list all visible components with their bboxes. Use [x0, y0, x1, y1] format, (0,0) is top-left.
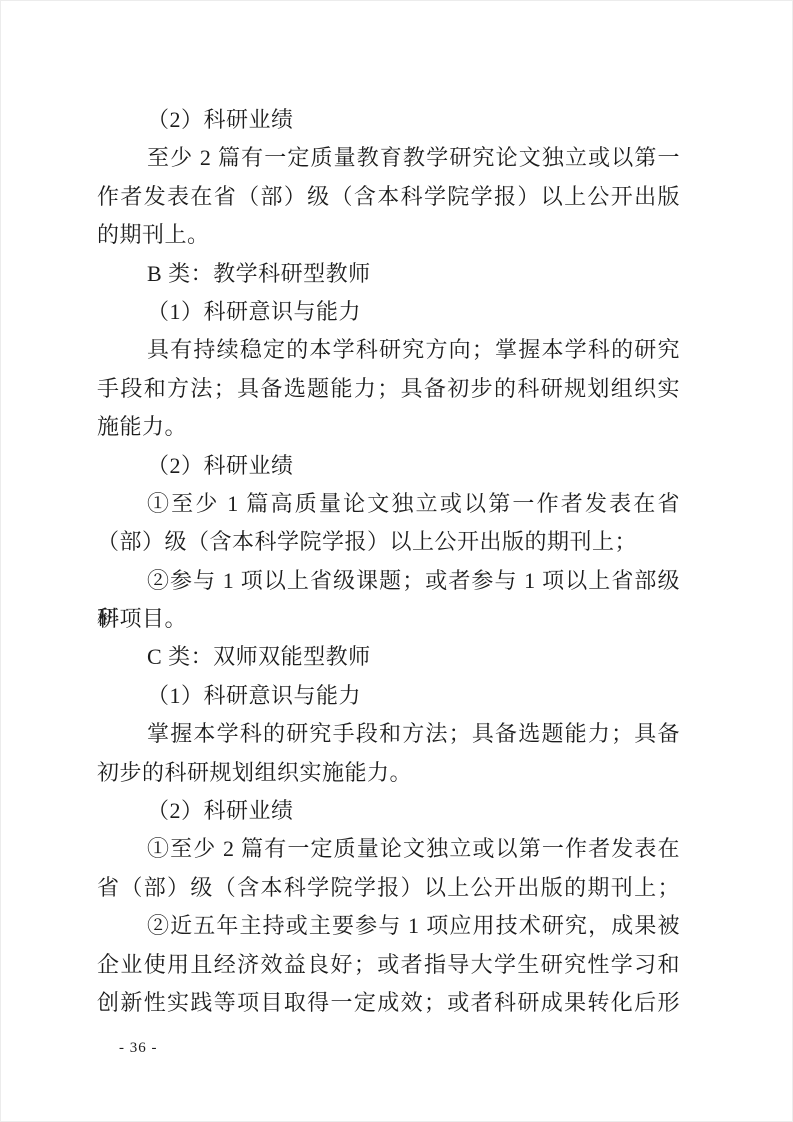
- text-line: ②近五年主持或主要参与 1 项应用技术研究，成果被: [97, 907, 680, 945]
- text-line: 掌握本学科的研究手段和方法；具备选题能力；具备: [97, 715, 680, 753]
- text-line: 研项目。: [97, 600, 680, 638]
- text-line: （部）级（含本科学院学报）以上公开出版的期刊上；: [97, 523, 680, 561]
- text-line: 省（部）级（含本科学院学报）以上公开出版的期刊上；: [97, 869, 680, 907]
- text-line: （1）科研意识与能力: [97, 293, 680, 331]
- text-line: 创新性实践等项目取得一定成效；或者科研成果转化后形: [97, 984, 680, 1022]
- text-line: 施能力。: [97, 408, 680, 446]
- text-line: （2）科研业绩: [97, 101, 680, 139]
- text-line: （2）科研业绩: [97, 792, 680, 830]
- text-line: 至少 2 篇有一定质量教育教学研究论文独立或以第一: [97, 139, 680, 177]
- text-line: （1）科研意识与能力: [97, 677, 680, 715]
- text-line: 手段和方法；具备选题能力；具备初步的科研规划组织实: [97, 370, 680, 408]
- text-line: ②参与 1 项以上省级课题；或者参与 1 项以上省部级科: [97, 562, 680, 600]
- text-line: 作者发表在省（部）级（含本科学院学报）以上公开出版: [97, 178, 680, 216]
- text-line: 企业使用且经济效益良好；或者指导大学生研究性学习和: [97, 946, 680, 984]
- text-line: ①至少 2 篇有一定质量论文独立或以第一作者发表在: [97, 830, 680, 868]
- text-line: ①至少 1 篇高质量论文独立或以第一作者发表在省: [97, 485, 680, 523]
- text-line: 具有持续稳定的本学科研究方向；掌握本学科的研究: [97, 331, 680, 369]
- text-line: 初步的科研规划组织实施能力。: [97, 754, 680, 792]
- text-line: B 类：教学科研型教师: [97, 255, 680, 293]
- text-line: C 类：双师双能型教师: [97, 638, 680, 676]
- document-body: （2）科研业绩 至少 2 篇有一定质量教育教学研究论文独立或以第一 作者发表在省…: [97, 101, 680, 1022]
- text-line: （2）科研业绩: [97, 447, 680, 485]
- text-line: 的期刊上。: [97, 216, 680, 254]
- document-page: （2）科研业绩 至少 2 篇有一定质量教育教学研究论文独立或以第一 作者发表在省…: [0, 0, 793, 1122]
- page-number: - 36 -: [119, 1040, 158, 1056]
